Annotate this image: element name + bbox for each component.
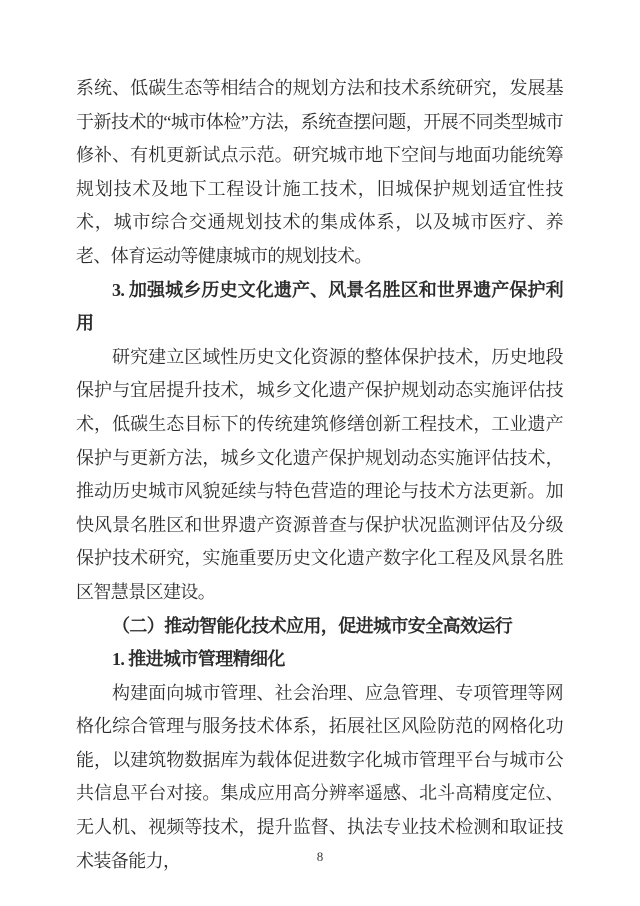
heading-item-3: 3. 加强城乡历史文化遗产、风景名胜区和世界遗产保护利用 <box>76 274 563 341</box>
paragraph-continued-from-previous-page: 系统、低碳生态等相结合的规划方法和技术系统研究，发展基于新技术的“城市体检”方法… <box>76 72 563 274</box>
page-number: 8 <box>0 849 640 865</box>
paragraph-heritage-protection: 研究建立区域性历史文化资源的整体保护技术，历史地段保护与宜居提升技术，城乡文化遗… <box>76 341 563 610</box>
heading-item-1: 1. 推进城市管理精细化 <box>76 643 563 677</box>
document-body: 系统、低碳生态等相结合的规划方法和技术系统研究，发展基于新技术的“城市体检”方法… <box>76 72 563 878</box>
document-page: 系统、低碳生态等相结合的规划方法和技术系统研究，发展基于新技术的“城市体检”方法… <box>0 0 640 906</box>
heading-section-2: （二）推动智能化技术应用，促进城市安全高效运行 <box>76 610 563 644</box>
